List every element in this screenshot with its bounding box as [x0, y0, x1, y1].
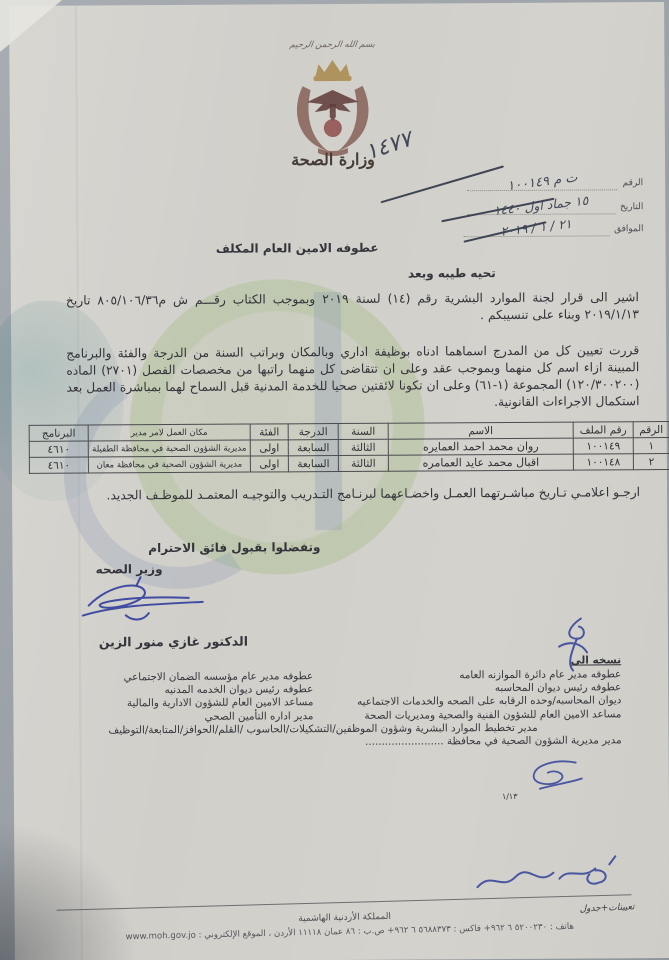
- scanned-letter: بسم الله الرحمن الرحيم وزارة الصحة ١٤٧٧ …: [0, 0, 669, 960]
- cc-item: مساعد الامين العام للشؤون الادارية والما…: [58, 697, 313, 712]
- cell-year: الثالثة: [338, 439, 388, 455]
- body-paragraph-1: اشير الى قرار لجنة الموارد البشرية رقم (…: [66, 289, 639, 326]
- addressee-line: عطوفه الامين العام المكلف: [216, 241, 379, 256]
- cell-program: ٤٦١٠: [29, 441, 88, 457]
- body-paragraph-2: قررت تعيين كل من المدرج اسماهما ادناه بو…: [66, 342, 639, 413]
- greeting-line: تحيه طيبه وبعد: [408, 266, 496, 281]
- reference-number-label: الرقم: [623, 178, 644, 188]
- col-program: البرنامج: [29, 425, 88, 441]
- cc-left-column: عطوفه مدير عام مؤسسه الضمان الاجتماعي عط…: [58, 670, 313, 724]
- col-serial: الرقم: [633, 421, 669, 437]
- appointments-table: الرقم رقم الملف الاسم السنة الدرجة الفئة…: [29, 421, 669, 474]
- routing-signature-ink: [526, 755, 586, 799]
- cell-grade: السابعة: [288, 456, 338, 472]
- cell-name: اقبال محمد عايد العمامره: [388, 454, 573, 471]
- cell-file-number: ١٠٠١٤٩: [573, 438, 633, 454]
- reference-date-value: ١٥ جماد اول ١٤٤٠: [493, 193, 589, 218]
- cell-category: اولى: [250, 456, 288, 472]
- scan-fold-corner: [0, 0, 62, 52]
- checkmark-scribble-ink: [551, 612, 613, 674]
- body-paragraph-3: ارجـو اعلامـي تـاريخ مباشـرتهما العمـل و…: [67, 484, 640, 504]
- reference-number-value: ت م ١٠٠١٤٩: [507, 170, 579, 194]
- footer-contact-line: هاتف : ٥٢٠٠٢٣٠ ٦ ٩٦٢+ فاكس : ٥٦٨٨٣٧٣ ٦ ٩…: [75, 920, 625, 943]
- paper-sheet: بسم الله الرحمن الرحيم وزارة الصحة ١٤٧٧ …: [9, 2, 669, 960]
- minister-signature-ink: [71, 575, 221, 634]
- routing-note: ١/١٣: [502, 792, 518, 801]
- cell-category: اولى: [250, 440, 288, 456]
- bismillah-calligraphy: بسم الله الرحمن الرحيم: [262, 40, 403, 51]
- reference-corresponding-value: ٢١ / ١ / ٢٠١٩: [500, 216, 573, 239]
- footer-scribble-ink: [469, 850, 624, 903]
- closing-line: وتفضلوا بقبول فائق الاحترام: [148, 540, 320, 555]
- cell-name: روان محمد احمد العمايره: [388, 438, 573, 455]
- cc-item: مدير اداره التأمين الصحي: [58, 710, 313, 725]
- col-name: الاسم: [388, 422, 573, 439]
- cell-workplace: مديرية الشؤون الصحية في محافظة الطفيلة: [88, 440, 250, 457]
- footer-annotation: تعيينات+جدول: [579, 902, 634, 914]
- cell-serial: ١: [633, 437, 669, 453]
- col-grade: الدرجة: [288, 424, 338, 440]
- cell-serial: ٢: [633, 453, 669, 469]
- cell-workplace: مديرية الشؤون الصحية في محافظة معان: [88, 456, 250, 473]
- col-workplace: مكان العمل لامر مدير: [88, 424, 250, 441]
- table-row: ٢ ١٠٠١٤٨ اقبال محمد عايد العمامره الثالث…: [29, 453, 669, 473]
- cell-program: ٤٦١٠: [29, 457, 88, 473]
- cell-file-number: ١٠٠١٤٨: [573, 454, 633, 470]
- cell-year: الثالثة: [338, 455, 388, 471]
- col-year: السنة: [338, 423, 388, 439]
- reference-date-label: التاريخ: [620, 202, 643, 212]
- paper-crease: [75, 6, 85, 960]
- col-category: الفئة: [250, 424, 288, 440]
- reference-corresponding-label: الموافق: [614, 224, 643, 234]
- signer-name: الدكتور غازي منور الزين: [99, 634, 248, 650]
- cell-grade: السابعة: [288, 440, 338, 456]
- kingdom-name: المملكة الأردنية الهاشمية: [265, 911, 425, 925]
- col-file-number: رقم الملف: [573, 422, 633, 438]
